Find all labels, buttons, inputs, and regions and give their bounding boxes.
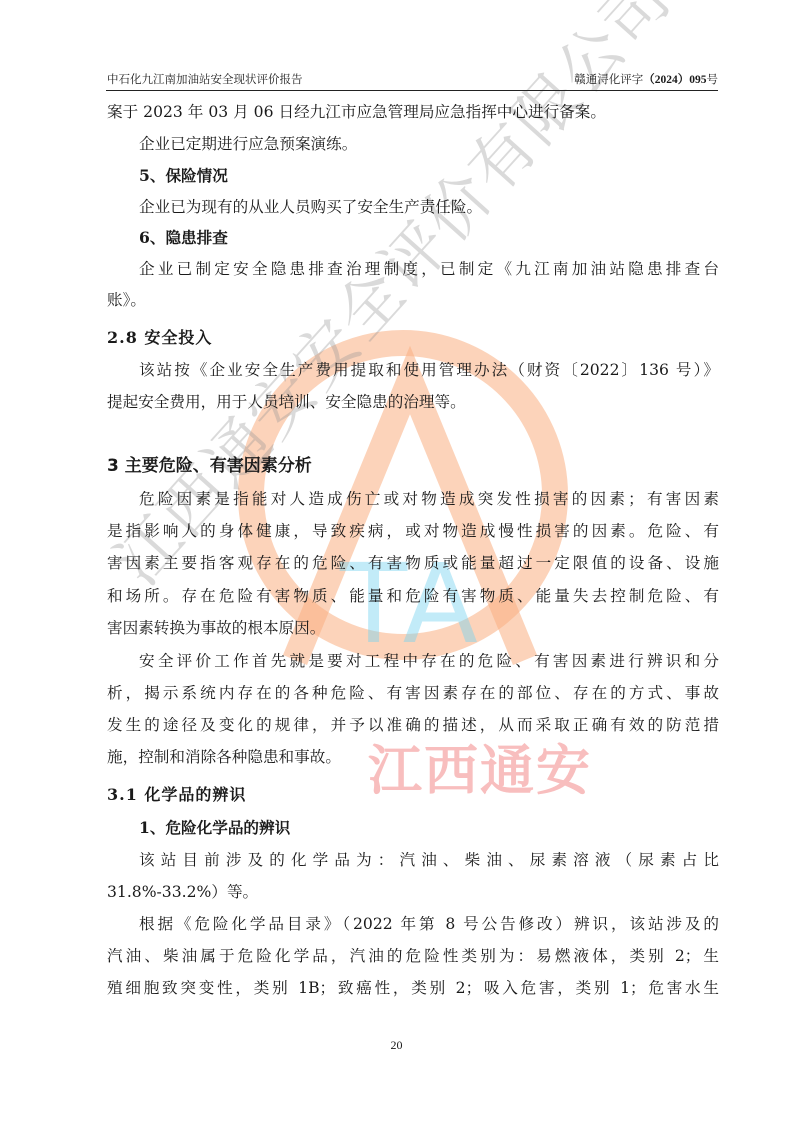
paragraph-line: 根据《危险化学品目录》（2022 年第 8 号公告修改）辨识，该站涉及的 <box>139 914 719 934</box>
paragraph-line: 危险因素是指能对人造成伤亡或对物造成突发性损害的因素；有害因素 <box>139 489 719 509</box>
paragraph-line: 案于 2023 年 03 月 06 日经九江市应急管理局应急指挥中心进行备案。 <box>107 102 719 122</box>
document-page: TA 江西通安安全评价有限公司 江西通安 中石化九江南加油站安全现状评价报告 赣… <box>0 0 793 1122</box>
paragraph-line: 企业已为现有的从业人员购买了安全生产责任险。 <box>139 197 719 217</box>
section-heading-3-1: 3.1 化学品的辨识 <box>107 785 719 805</box>
paragraph-line: 施，控制和消除各种隐患和事故。 <box>107 747 719 767</box>
report-number-prefix: 赣通浔化评字 <box>574 72 643 86</box>
report-number-year: （2024）095 <box>643 74 706 86</box>
report-number: 赣通浔化评字（2024）095号 <box>574 70 718 89</box>
report-title: 中石化九江南加油站安全现状评价报告 <box>107 70 303 88</box>
text-layer: 中石化九江南加油站安全现状评价报告 赣通浔化评字（2024）095号 案于 20… <box>0 0 793 1122</box>
subheading-insurance: 5、保险情况 <box>139 166 719 186</box>
report-number-suffix: 号 <box>707 72 719 86</box>
paragraph-line: 该站按《企业安全生产费用提取和使用管理办法（财资〔2022〕136 号）》 <box>139 360 719 380</box>
paragraph-line: 提起安全费用，用于人员培训、安全隐患的治理等。 <box>107 392 719 412</box>
paragraph-line: 殖细胞致突变性，类别 1B；致癌性，类别 2；吸入危害，类别 1；危害水生 <box>107 978 719 998</box>
paragraph-line: 析，揭示系统内存在的各种危险、有害因素存在的部位、存在的方式、事故 <box>107 683 719 703</box>
subheading-hazard-inspection: 6、隐患排查 <box>139 228 719 248</box>
page-number: 20 <box>0 1038 793 1053</box>
paragraph-line: 该站目前涉及的化学品为：汽油、柴油、尿素溶液（尿素占比 <box>139 850 719 870</box>
paragraph-line: 害因素转换为事故的根本原因。 <box>107 618 719 638</box>
page-header: 中石化九江南加油站安全现状评价报告 赣通浔化评字（2024）095号 <box>106 70 718 91</box>
chapter-heading-3: 3 主要危险、有害因素分析 <box>107 456 719 476</box>
paragraph-line: 账》。 <box>107 290 719 310</box>
section-heading-2-8: 2.8 安全投入 <box>107 328 719 348</box>
paragraph-line: 31.8%-33.2%）等。 <box>107 882 719 902</box>
paragraph-line: 安全评价工作首先就是要对工程中存在的危险、有害因素进行辨识和分 <box>139 651 719 671</box>
paragraph-line: 是指影响人的身体健康，导致疾病，或对物造成慢性损害的因素。危险、有 <box>107 521 719 541</box>
paragraph-line: 企业已制定安全隐患排查治理制度，已制定《九江南加油站隐患排查台 <box>139 259 719 279</box>
paragraph-line: 害因素主要指客观存在的危险、有害物质或能量超过一定限值的设备、设施 <box>107 553 719 573</box>
paragraph-line: 和场所。存在危险有害物质、能量和危险有害物质、能量失去控制危险、有 <box>107 586 719 606</box>
paragraph-line: 发生的途径及变化的规律，并予以准确的描述，从而采取正确有效的防范措 <box>107 715 719 735</box>
subheading-hazardous-chemicals: 1、危险化学品的辨识 <box>139 818 719 838</box>
paragraph-line: 企业已定期进行应急预案演练。 <box>139 134 719 154</box>
paragraph-line: 汽油、柴油属于危险化学品，汽油的危险性类别为：易燃液体，类别 2；生 <box>107 946 719 966</box>
